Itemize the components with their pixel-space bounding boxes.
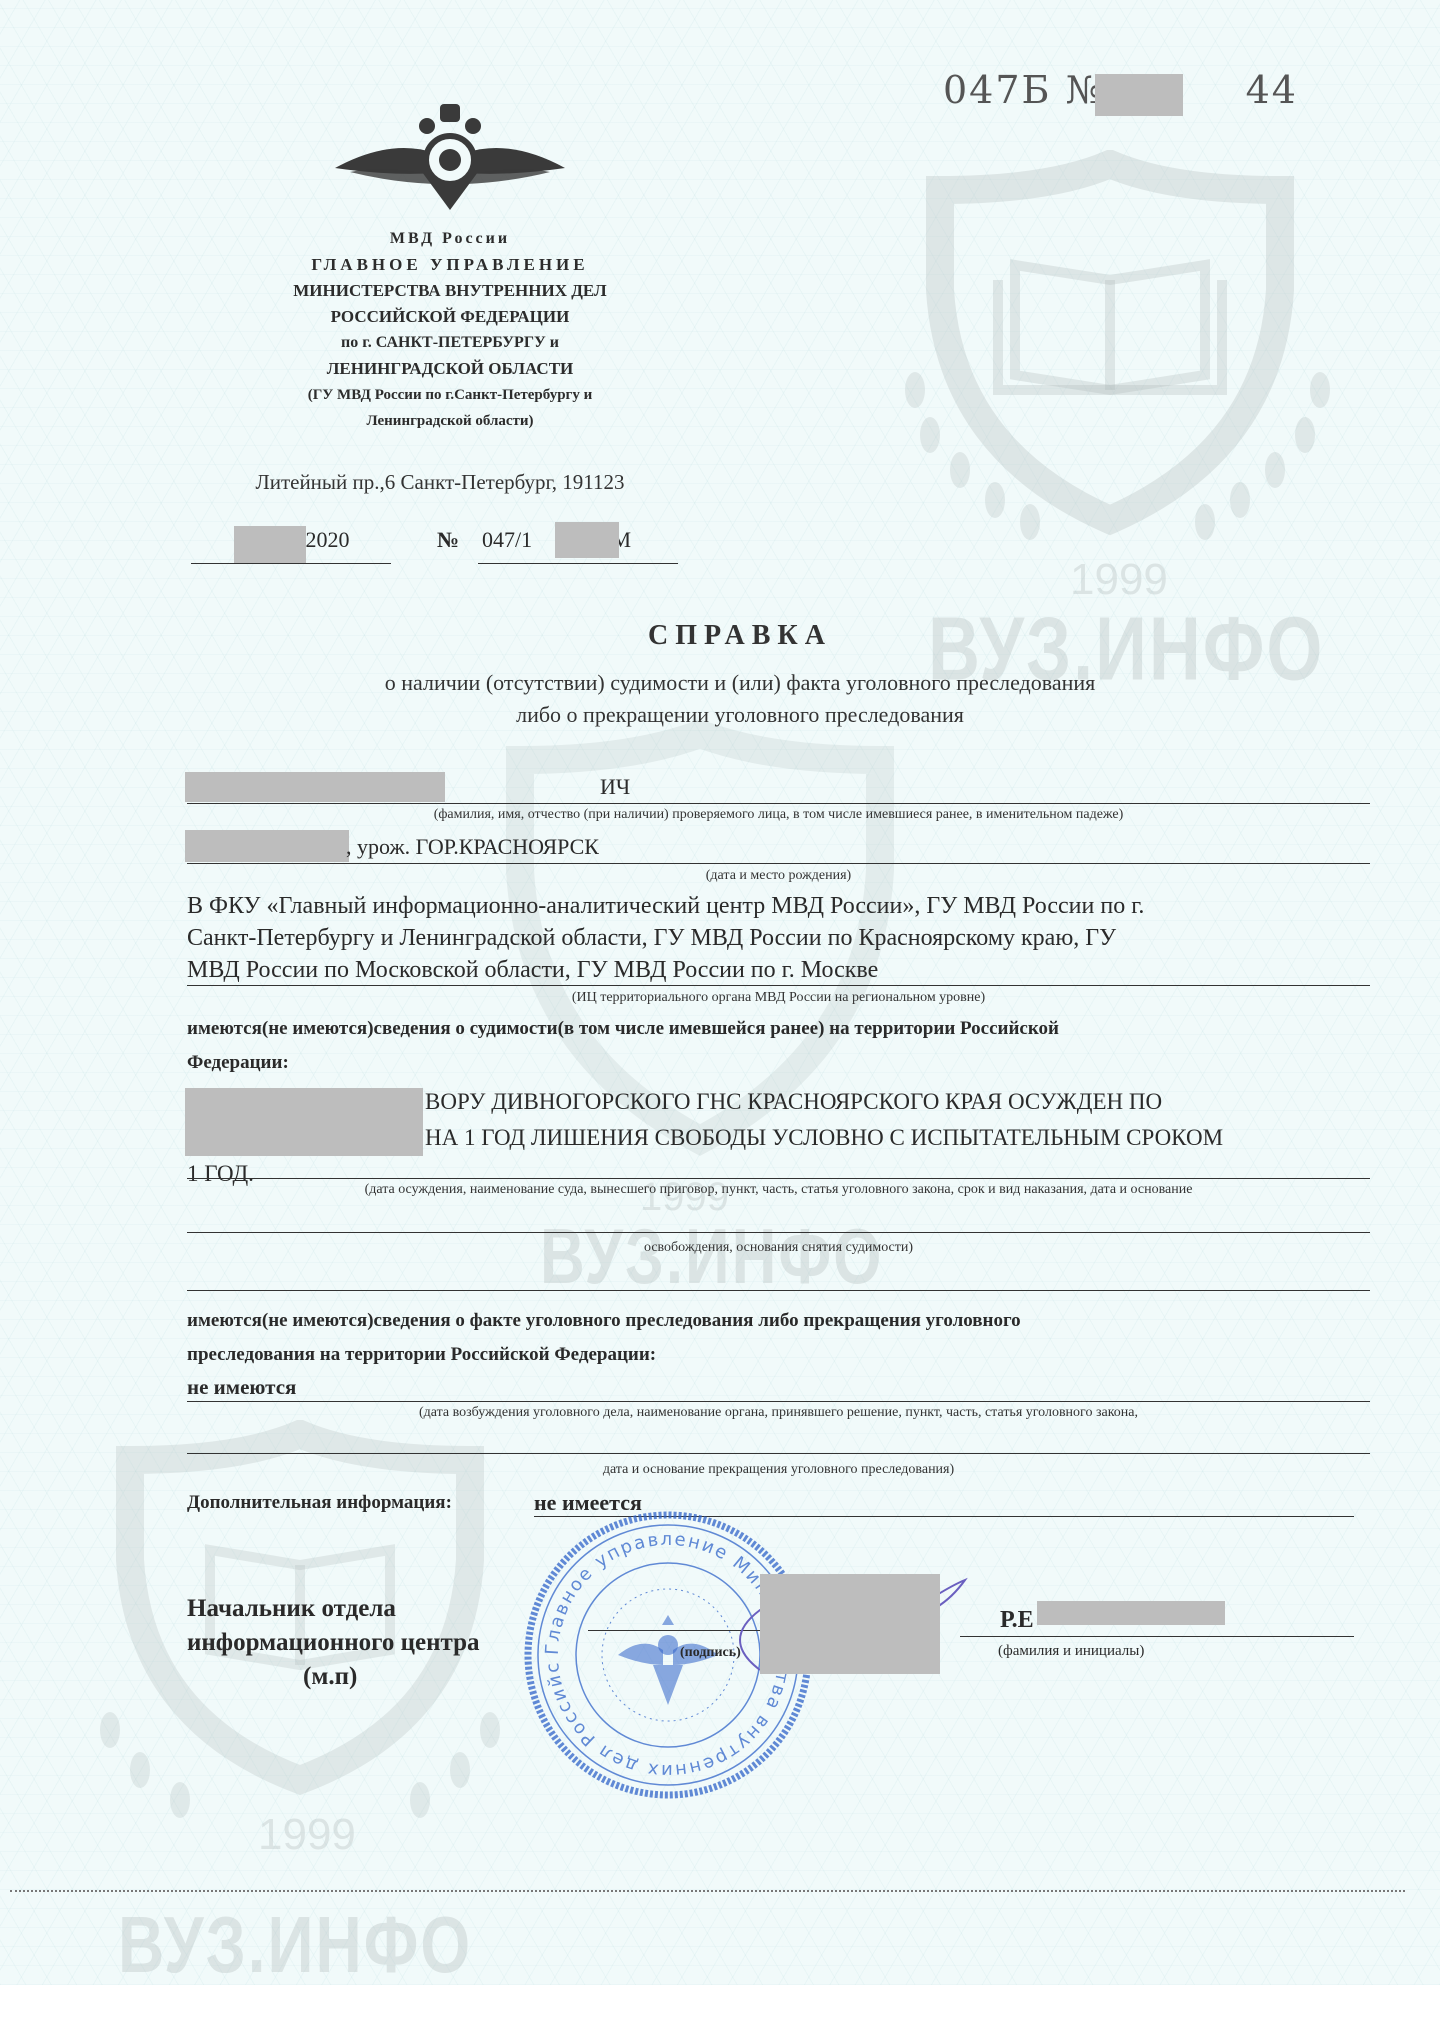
- redaction-registration-number: [555, 522, 619, 558]
- name-hint: (фамилия, имя, отчество (при наличии) пр…: [187, 807, 1370, 823]
- mvd-emblem-icon: [330, 98, 570, 233]
- watermark-year-bottom: 1999: [258, 1810, 356, 1860]
- form-number-suffix: 44: [1246, 68, 1298, 112]
- issuer-line: РОССИЙСКОЙ ФЕДЕРАЦИИ: [240, 304, 660, 330]
- redaction-birth-date: [185, 830, 349, 862]
- document-page: 1999 ВУЗ.ИНФО 1999 ВУЗ.ИНФО 1999 ВУЗ: [0, 0, 1440, 1985]
- info-centers-underline: [187, 985, 1370, 986]
- issuer-block: МВД России ГЛАВНОЕ УПРАВЛЕНИЕ МИНИСТЕРСТ…: [240, 226, 660, 434]
- signatory-name-hint: (фамилия и инициалы): [998, 1643, 1144, 1660]
- redaction-date: [234, 526, 306, 564]
- info-centers-hint: (ИЦ территориального органа МВД России н…: [187, 990, 1370, 1006]
- redaction-form-number: [1095, 74, 1183, 116]
- watermark-shield-top-right: [900, 150, 1340, 550]
- conviction-hint-1: (дата осуждения, наименование суда, выне…: [187, 1182, 1370, 1198]
- info-centers-line: Санкт-Петербургу и Ленинградской области…: [187, 922, 1377, 954]
- registration-number-sign: №: [437, 527, 459, 553]
- conviction-underline-2: [187, 1232, 1370, 1233]
- info-centers-text: В ФКУ «Главный информационно-аналитическ…: [187, 890, 1377, 986]
- form-series-code: 047Б: [943, 68, 1051, 112]
- birth-hint: (дата и место рождения): [187, 868, 1370, 884]
- conviction-underline-3: [187, 1290, 1370, 1291]
- birth-place: , урож. ГОР.КРАСНОЯРСК: [346, 834, 599, 860]
- issuer-line: по г. САНКТ-ПЕТЕРБУРГУ и: [240, 330, 660, 356]
- issuer-line: (ГУ МВД России по г.Санкт-Петербургу и: [240, 382, 660, 408]
- prosecution-heading: имеются(не имеются)сведения о факте угол…: [187, 1304, 1377, 1372]
- prosecution-value: не имеются: [187, 1375, 296, 1400]
- date-underline: [191, 563, 391, 564]
- name-underline: [187, 803, 1370, 804]
- prosecution-underline-2: [187, 1453, 1370, 1454]
- info-centers-line: В ФКУ «Главный информационно-аналитическ…: [187, 890, 1377, 922]
- conviction-hint-2: освобождения, основания снятия судимости…: [187, 1240, 1370, 1256]
- conviction-underline-1: [187, 1178, 1370, 1179]
- redaction-signatory-surname: [1037, 1601, 1225, 1625]
- redaction-signature: [760, 1574, 940, 1674]
- prosecution-hint-1: (дата возбуждения уголовного дела, наиме…: [187, 1405, 1370, 1421]
- prosecution-hint-2: дата и основание прекращения уголовного …: [187, 1462, 1370, 1478]
- signatory-name: Р.Е: [1000, 1607, 1034, 1634]
- signatory-position: Начальник отдела информационного центра: [187, 1592, 479, 1660]
- issuer-line: МИНИСТЕРСТВА ВНУТРЕННИХ ДЕЛ: [240, 278, 660, 304]
- watermark-brand-bottom: ВУЗ.ИНФО: [118, 1898, 472, 1991]
- document-subtitle-line2: либо о прекращении уголовного преследова…: [300, 700, 1180, 730]
- seal-place-label: (м.п): [303, 1663, 357, 1691]
- issuer-line: ГЛАВНОЕ УПРАВЛЕНИЕ: [240, 252, 660, 278]
- watermark-brand-center: ВУЗ.ИНФО: [540, 1213, 884, 1302]
- prosecution-underline-1: [187, 1401, 1370, 1402]
- issuer-address: Литейный пр.,6 Санкт-Петербург, 191123: [180, 470, 700, 495]
- document-subtitle-line1: о наличии (отсутствии) судимости и (или)…: [300, 668, 1180, 698]
- conviction-heading: имеются(не имеются)сведения о судимости(…: [187, 1012, 1377, 1080]
- number-underline: [478, 563, 678, 564]
- issuer-line: ЛЕНИНГРАДСКОЙ ОБЛАСТИ: [240, 356, 660, 382]
- issuer-line: Ленинградской области): [240, 408, 660, 434]
- redaction-person-name: [185, 772, 445, 802]
- redaction-conviction-date-article: [185, 1088, 423, 1156]
- document-title: СПРАВКА: [300, 620, 1180, 652]
- info-centers-line: МВД России по Московской области, ГУ МВД…: [187, 954, 1377, 986]
- issuer-line: МВД России: [240, 226, 660, 252]
- page-edge-dotted-line: [10, 1890, 1405, 1892]
- birth-underline: [187, 863, 1370, 864]
- additional-info-label: Дополнительная информация:: [187, 1492, 452, 1514]
- name-signature-underline: [960, 1636, 1354, 1637]
